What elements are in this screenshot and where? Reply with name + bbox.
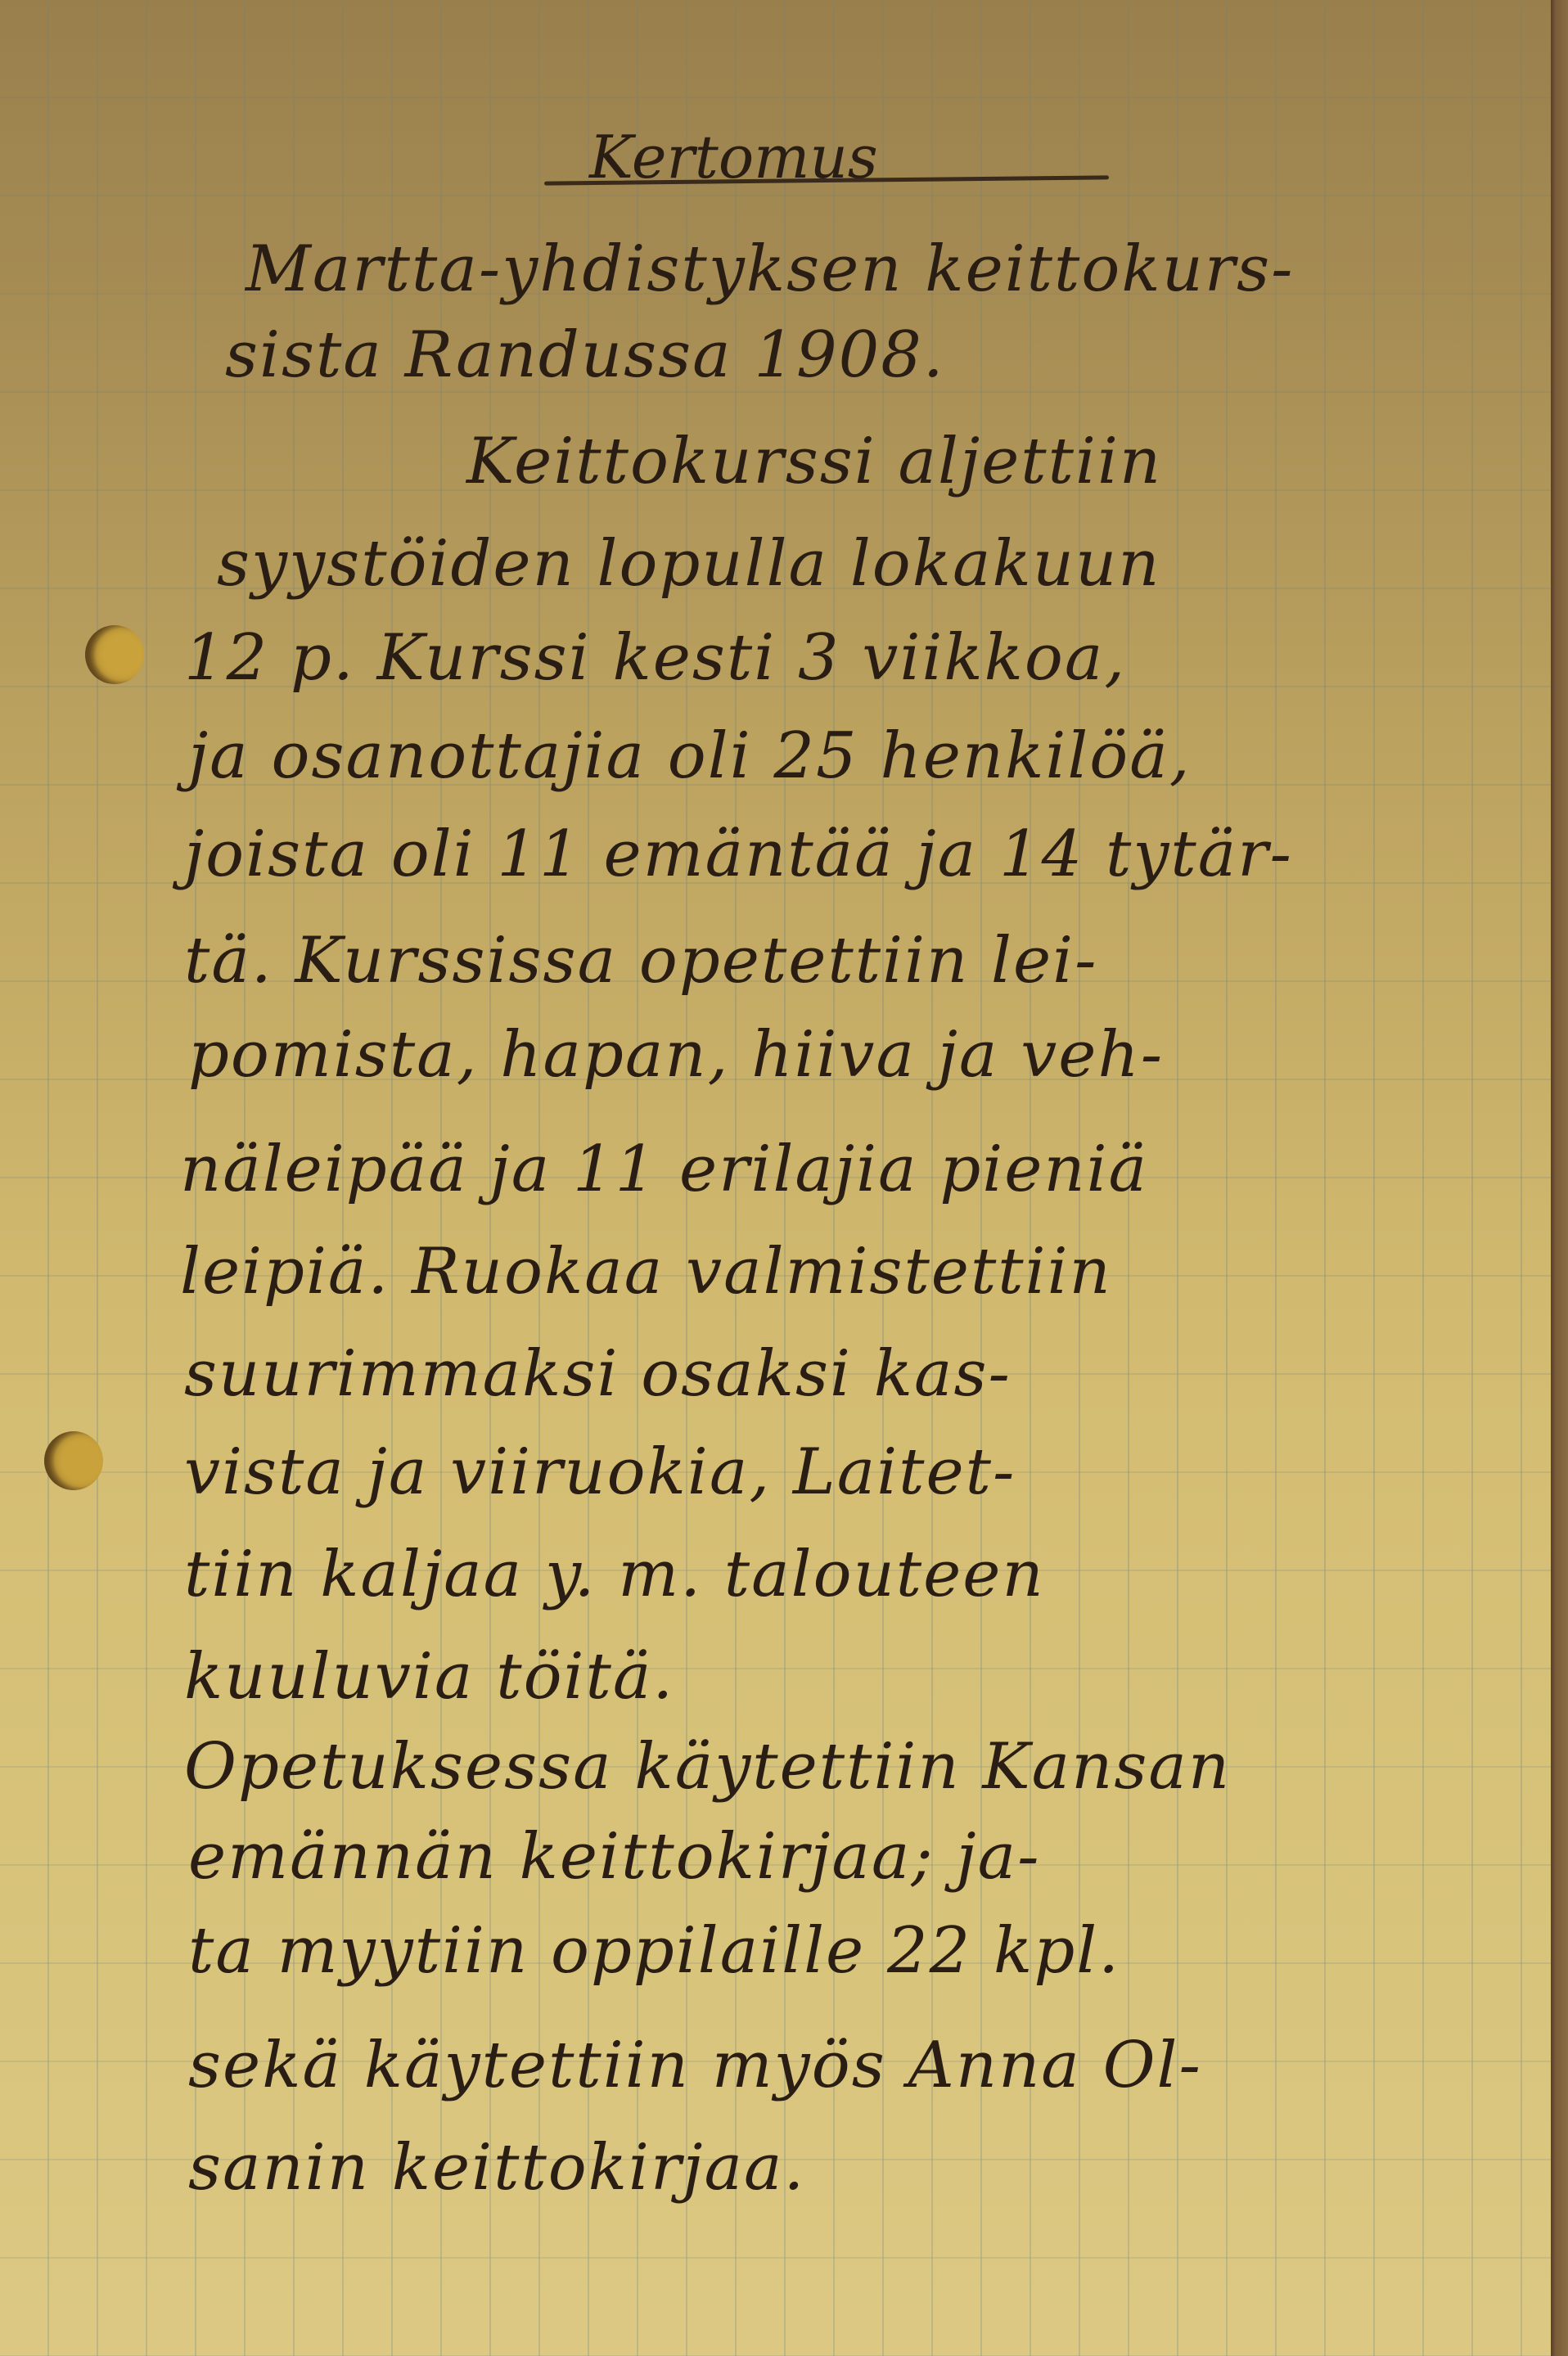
page-edge — [1551, 0, 1568, 2356]
text-line: 12 p. Kurssi kesti 3 viikkoa, — [184, 626, 1126, 690]
text-line: Martta-yhdistyksen keittokurs- — [246, 237, 1295, 301]
paper-sheet: Kertomus Martta-yhdistyksen keittokurs- … — [0, 0, 1551, 2356]
text-line: sanin keittokirjaa. — [188, 2136, 805, 2200]
text-line: suurimmaksi osaksi kas- — [184, 1342, 1012, 1406]
text-line: vista ja viiruokia, Laitet- — [184, 1440, 1016, 1504]
text-line: emännän keittokirjaa; ja- — [188, 1825, 1040, 1889]
text-line: näleipää ja 11 erilajia pieniä — [180, 1137, 1148, 1201]
text-line: kuuluvia töitä. — [184, 1645, 674, 1709]
text-line: pomista, hapan, hiiva ja veh- — [188, 1023, 1164, 1087]
punch-hole-bottom — [44, 1431, 103, 1490]
punch-hole-top — [85, 625, 144, 684]
text-line: leipiä. Ruokaa valmistettiin — [180, 1240, 1112, 1304]
text-line: Keittokurssi aljettiin — [466, 430, 1162, 493]
text-line: joista oli 11 emäntää ja 14 tytär- — [184, 822, 1293, 886]
text-line: ta myytiin oppilaille 22 kpl. — [188, 1919, 1120, 1983]
text-line: Opetuksessa käytettiin Kansan — [184, 1735, 1231, 1799]
text-line: tiin kaljaa y. m. talouteen — [184, 1543, 1045, 1606]
text-line: tä. Kurssissa opetettiin lei- — [184, 929, 1097, 993]
text-line: sista Randussa 1908. — [225, 323, 945, 387]
text-line: syystöiden lopulla lokakuun — [217, 532, 1160, 596]
text-line: ja osanottajia oli 25 henkilöä, — [188, 724, 1192, 788]
text-line: sekä käytettiin myös Anna Ol- — [188, 2034, 1202, 2097]
